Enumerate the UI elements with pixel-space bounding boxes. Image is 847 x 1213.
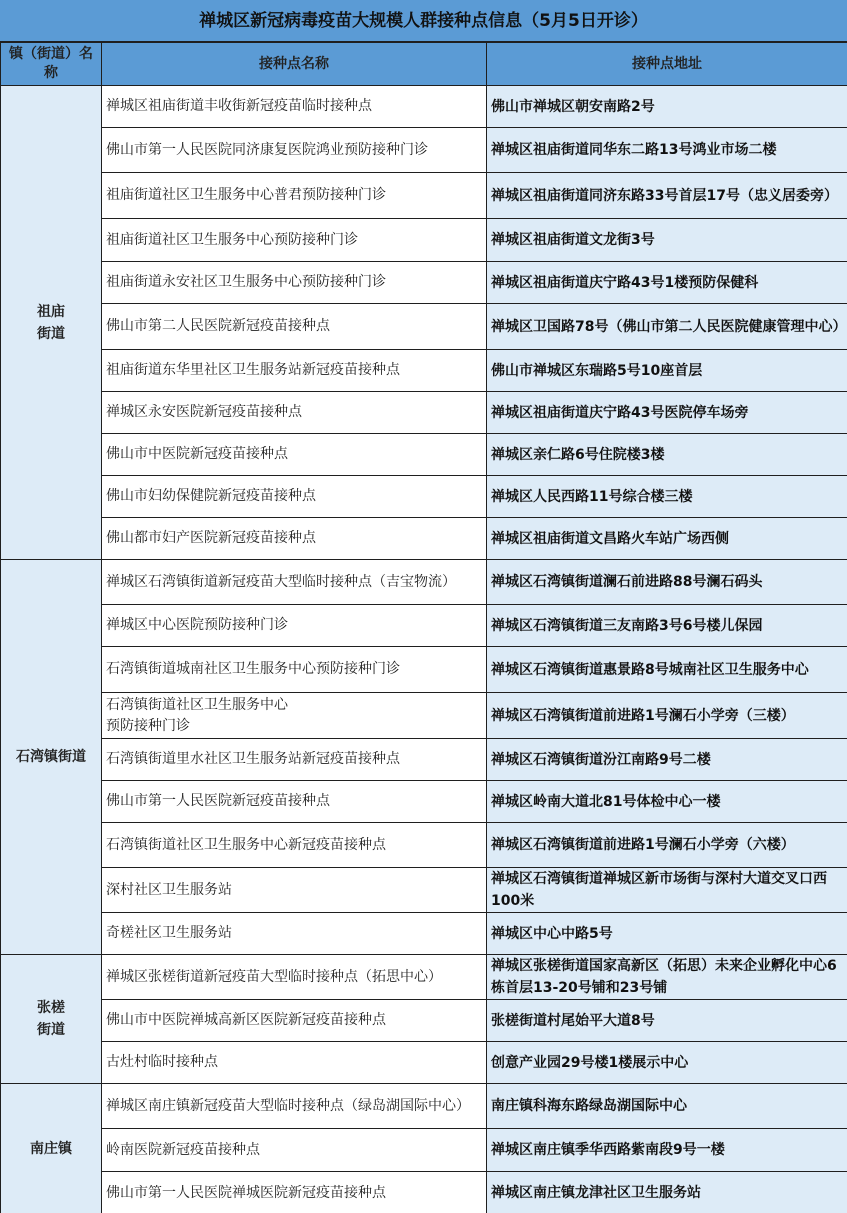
site-name-cell: 禅城区祖庙街道丰收街新冠疫苗临时接种点 bbox=[102, 86, 487, 128]
site-name-cell: 石湾镇街道社区卫生服务中心 预防接种门诊 bbox=[102, 693, 487, 739]
site-name-cell: 石湾镇街道社区卫生服务中心新冠疫苗接种点 bbox=[102, 823, 487, 868]
site-name-cell: 禅城区石湾镇街道新冠疫苗大型临时接种点（吉宝物流） bbox=[102, 560, 487, 605]
site-name-cell: 佛山市中医院禅城高新区医院新冠疫苗接种点 bbox=[102, 1000, 487, 1042]
site-name-cell: 石湾镇街道城南社区卫生服务中心预防接种门诊 bbox=[102, 647, 487, 693]
site-name-cell: 佛山市第二人民医院新冠疫苗接种点 bbox=[102, 304, 487, 350]
site-address-cell: 禅城区中心中路5号 bbox=[487, 913, 847, 955]
town-cell: 南庄镇 bbox=[1, 1084, 102, 1213]
site-address-cell: 禅城区祖庙街道同济东路33号首层17号（忠义居委旁） bbox=[487, 173, 847, 219]
table-row: 禅城区中心医院预防接种门诊禅城区石湾镇街道三友南路3号6号楼儿保园 bbox=[1, 605, 847, 647]
table-row: 南庄镇禅城区南庄镇新冠疫苗大型临时接种点（绿岛湖国际中心）南庄镇科海东路绿岛湖国… bbox=[1, 1084, 847, 1129]
site-address-cell: 禅城区祖庙街道庆宁路43号1楼预防保健科 bbox=[487, 262, 847, 304]
site-address-cell: 禅城区石湾镇街道三友南路3号6号楼儿保园 bbox=[487, 605, 847, 647]
site-name-cell: 古灶村临时接种点 bbox=[102, 1042, 487, 1084]
vaccination-sites-table: 镇（街道）名称 接种点名称 接种点地址 祖庙街道禅城区祖庙街道丰收街新冠疫苗临时… bbox=[0, 42, 847, 1213]
site-name-cell: 佛山市第一人民医院新冠疫苗接种点 bbox=[102, 781, 487, 823]
table-row: 深村社区卫生服务站禅城区石湾镇街道禅城区新市场街与深村大道交叉口西100米 bbox=[1, 868, 847, 913]
table-row: 佛山市妇幼保健院新冠疫苗接种点禅城区人民西路11号综合楼三楼 bbox=[1, 476, 847, 518]
site-name-cell: 深村社区卫生服务站 bbox=[102, 868, 487, 913]
table-row: 石湾镇街道城南社区卫生服务中心预防接种门诊禅城区石湾镇街道惠景路8号城南社区卫生… bbox=[1, 647, 847, 693]
site-name-cell: 佛山市妇幼保健院新冠疫苗接种点 bbox=[102, 476, 487, 518]
site-name-cell: 禅城区中心医院预防接种门诊 bbox=[102, 605, 487, 647]
site-address-cell: 禅城区张槎街道国家高新区（拓思）未来企业孵化中心6栋首层13-20号铺和23号铺 bbox=[487, 955, 847, 1000]
site-address-cell: 禅城区石湾镇街道禅城区新市场街与深村大道交叉口西100米 bbox=[487, 868, 847, 913]
site-name-cell: 祖庙街道社区卫生服务中心普君预防接种门诊 bbox=[102, 173, 487, 219]
site-address-cell: 禅城区亲仁路6号住院楼3楼 bbox=[487, 434, 847, 476]
site-address-cell: 禅城区石湾镇街道前进路1号澜石小学旁（六楼） bbox=[487, 823, 847, 868]
site-name-cell: 禅城区南庄镇新冠疫苗大型临时接种点（绿岛湖国际中心） bbox=[102, 1084, 487, 1129]
site-name-cell: 岭南医院新冠疫苗接种点 bbox=[102, 1129, 487, 1172]
table-row: 石湾镇街道禅城区石湾镇街道新冠疫苗大型临时接种点（吉宝物流）禅城区石湾镇街道澜石… bbox=[1, 560, 847, 605]
site-address-cell: 张槎街道村尾始平大道8号 bbox=[487, 1000, 847, 1042]
table-row: 祖庙街道社区卫生服务中心预防接种门诊禅城区祖庙街道文龙街3号 bbox=[1, 219, 847, 262]
table-row: 奇槎社区卫生服务站禅城区中心中路5号 bbox=[1, 913, 847, 955]
table-row: 佛山市第一人民医院新冠疫苗接种点禅城区岭南大道北81号体检中心一楼 bbox=[1, 781, 847, 823]
site-address-cell: 禅城区南庄镇龙津社区卫生服务站 bbox=[487, 1172, 847, 1213]
sheet-title: 禅城区新冠病毒疫苗大规模人群接种点信息（5月5日开诊） bbox=[0, 0, 847, 42]
table-row: 佛山市第一人民医院禅城医院新冠疫苗接种点禅城区南庄镇龙津社区卫生服务站 bbox=[1, 1172, 847, 1213]
table-row: 禅城区永安医院新冠疫苗接种点禅城区祖庙街道庆宁路43号医院停车场旁 bbox=[1, 392, 847, 434]
table-row: 佛山市中医院禅城高新区医院新冠疫苗接种点张槎街道村尾始平大道8号 bbox=[1, 1000, 847, 1042]
table-row: 石湾镇街道里水社区卫生服务站新冠疫苗接种点禅城区石湾镇街道汾江南路9号二楼 bbox=[1, 739, 847, 781]
site-name-cell: 佛山都市妇产医院新冠疫苗接种点 bbox=[102, 518, 487, 560]
table-body: 祖庙街道禅城区祖庙街道丰收街新冠疫苗临时接种点佛山市禅城区朝安南路2号佛山市第一… bbox=[1, 86, 847, 1213]
site-address-cell: 禅城区卫国路78号（佛山市第二人民医院健康管理中心） bbox=[487, 304, 847, 350]
vaccination-sites-sheet: 禅城区新冠病毒疫苗大规模人群接种点信息（5月5日开诊） 镇（街道）名称 接种点名… bbox=[0, 0, 847, 1213]
column-header-site-name: 接种点名称 bbox=[102, 43, 487, 86]
table-row: 佛山都市妇产医院新冠疫苗接种点禅城区祖庙街道文昌路火车站广场西侧 bbox=[1, 518, 847, 560]
site-name-cell: 禅城区张槎街道新冠疫苗大型临时接种点（拓思中心） bbox=[102, 955, 487, 1000]
table-row: 古灶村临时接种点创意产业园29号楼1楼展示中心 bbox=[1, 1042, 847, 1084]
column-header-row: 镇（街道）名称 接种点名称 接种点地址 bbox=[1, 43, 847, 86]
site-address-cell: 禅城区南庄镇季华西路紫南段9号一楼 bbox=[487, 1129, 847, 1172]
table-row: 石湾镇街道社区卫生服务中心 预防接种门诊禅城区石湾镇街道前进路1号澜石小学旁（三… bbox=[1, 693, 847, 739]
site-address-cell: 佛山市禅城区东瑞路5号10座首层 bbox=[487, 350, 847, 392]
site-name-cell: 祖庙街道永安社区卫生服务中心预防接种门诊 bbox=[102, 262, 487, 304]
site-name-cell: 佛山市第一人民医院同济康复医院鸿业预防接种门诊 bbox=[102, 128, 487, 173]
table-row: 张槎街道禅城区张槎街道新冠疫苗大型临时接种点（拓思中心）禅城区张槎街道国家高新区… bbox=[1, 955, 847, 1000]
site-address-cell: 佛山市禅城区朝安南路2号 bbox=[487, 86, 847, 128]
town-cell: 祖庙街道 bbox=[1, 86, 102, 560]
site-address-cell: 南庄镇科海东路绿岛湖国际中心 bbox=[487, 1084, 847, 1129]
site-address-cell: 禅城区石湾镇街道汾江南路9号二楼 bbox=[487, 739, 847, 781]
table-row: 岭南医院新冠疫苗接种点禅城区南庄镇季华西路紫南段9号一楼 bbox=[1, 1129, 847, 1172]
site-address-cell: 禅城区祖庙街道文昌路火车站广场西侧 bbox=[487, 518, 847, 560]
site-address-cell: 禅城区石湾镇街道前进路1号澜石小学旁（三楼） bbox=[487, 693, 847, 739]
site-address-cell: 禅城区人民西路11号综合楼三楼 bbox=[487, 476, 847, 518]
column-header-town: 镇（街道）名称 bbox=[1, 43, 102, 86]
site-name-cell: 佛山市第一人民医院禅城医院新冠疫苗接种点 bbox=[102, 1172, 487, 1213]
site-name-cell: 佛山市中医院新冠疫苗接种点 bbox=[102, 434, 487, 476]
site-name-cell: 祖庙街道社区卫生服务中心预防接种门诊 bbox=[102, 219, 487, 262]
site-address-cell: 禅城区祖庙街道同华东二路13号鸿业市场二楼 bbox=[487, 128, 847, 173]
site-name-cell: 石湾镇街道里水社区卫生服务站新冠疫苗接种点 bbox=[102, 739, 487, 781]
table-row: 佛山市第一人民医院同济康复医院鸿业预防接种门诊禅城区祖庙街道同华东二路13号鸿业… bbox=[1, 128, 847, 173]
table-row: 祖庙街道禅城区祖庙街道丰收街新冠疫苗临时接种点佛山市禅城区朝安南路2号 bbox=[1, 86, 847, 128]
table-row: 佛山市第二人民医院新冠疫苗接种点禅城区卫国路78号（佛山市第二人民医院健康管理中… bbox=[1, 304, 847, 350]
table-row: 祖庙街道社区卫生服务中心普君预防接种门诊禅城区祖庙街道同济东路33号首层17号（… bbox=[1, 173, 847, 219]
table-row: 祖庙街道永安社区卫生服务中心预防接种门诊禅城区祖庙街道庆宁路43号1楼预防保健科 bbox=[1, 262, 847, 304]
site-address-cell: 禅城区石湾镇街道澜石前进路88号澜石码头 bbox=[487, 560, 847, 605]
town-cell: 石湾镇街道 bbox=[1, 560, 102, 955]
town-cell: 张槎街道 bbox=[1, 955, 102, 1084]
table-row: 石湾镇街道社区卫生服务中心新冠疫苗接种点禅城区石湾镇街道前进路1号澜石小学旁（六… bbox=[1, 823, 847, 868]
site-address-cell: 创意产业园29号楼1楼展示中心 bbox=[487, 1042, 847, 1084]
site-address-cell: 禅城区岭南大道北81号体检中心一楼 bbox=[487, 781, 847, 823]
column-header-site-address: 接种点地址 bbox=[487, 43, 847, 86]
table-row: 祖庙街道东华里社区卫生服务站新冠疫苗接种点佛山市禅城区东瑞路5号10座首层 bbox=[1, 350, 847, 392]
site-name-cell: 祖庙街道东华里社区卫生服务站新冠疫苗接种点 bbox=[102, 350, 487, 392]
site-name-cell: 禅城区永安医院新冠疫苗接种点 bbox=[102, 392, 487, 434]
table-row: 佛山市中医院新冠疫苗接种点禅城区亲仁路6号住院楼3楼 bbox=[1, 434, 847, 476]
site-address-cell: 禅城区祖庙街道文龙街3号 bbox=[487, 219, 847, 262]
site-address-cell: 禅城区祖庙街道庆宁路43号医院停车场旁 bbox=[487, 392, 847, 434]
site-address-cell: 禅城区石湾镇街道惠景路8号城南社区卫生服务中心 bbox=[487, 647, 847, 693]
site-name-cell: 奇槎社区卫生服务站 bbox=[102, 913, 487, 955]
